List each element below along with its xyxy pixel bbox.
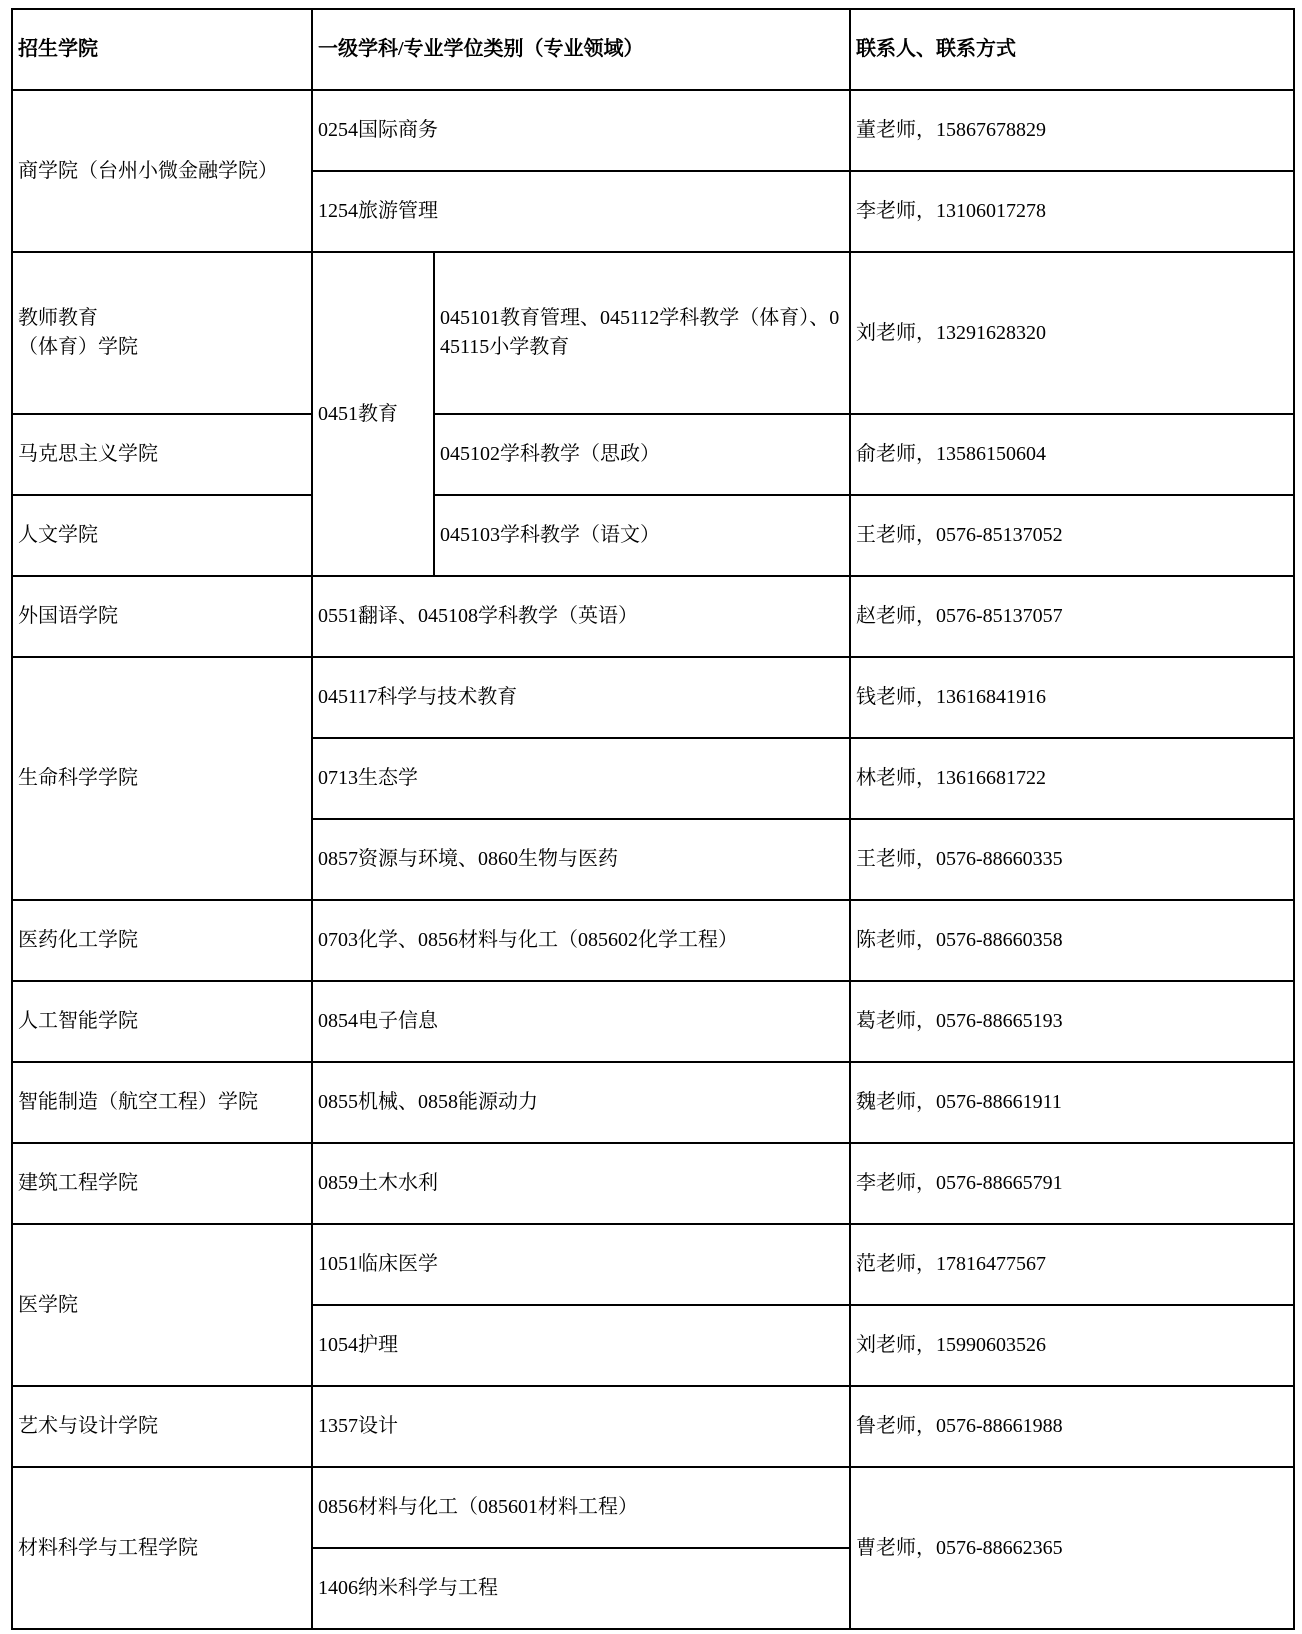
discipline-cell: 0713生态学	[312, 738, 850, 819]
discipline-cell: 045101教育管理、045112学科教学（体育）、045115小学教育	[434, 252, 850, 414]
table-row: 艺术与设计学院 1357设计 鲁老师，0576-88661988	[12, 1386, 1294, 1467]
college-cell: 智能制造（航空工程）学院	[12, 1062, 312, 1143]
table-row: 人文学院 045103学科教学（语文） 王老师，0576-85137052	[12, 495, 1294, 576]
table-row: 商学院（台州小微金融学院） 0254国际商务 董老师，15867678829	[12, 90, 1294, 171]
discipline-cell: 0254国际商务	[312, 90, 850, 171]
college-cell: 人工智能学院	[12, 981, 312, 1062]
table-row: 马克思主义学院 045102学科教学（思政） 俞老师，13586150604	[12, 414, 1294, 495]
contact-cell: 钱老师，13616841916	[850, 657, 1294, 738]
discipline-cell: 1051临床医学	[312, 1224, 850, 1305]
contact-cell: 俞老师，13586150604	[850, 414, 1294, 495]
contact-cell: 董老师，15867678829	[850, 90, 1294, 171]
college-cell: 艺术与设计学院	[12, 1386, 312, 1467]
discipline-cell: 0703化学、0856材料与化工（085602化学工程）	[312, 900, 850, 981]
college-cell: 建筑工程学院	[12, 1143, 312, 1224]
admissions-contact-table: 招生学院 一级学科/专业学位类别（专业领域） 联系人、联系方式 商学院（台州小微…	[11, 8, 1295, 1630]
header-discipline: 一级学科/专业学位类别（专业领域）	[312, 9, 850, 90]
discipline-cell: 0855机械、0858能源动力	[312, 1062, 850, 1143]
discipline-cell: 1054护理	[312, 1305, 850, 1386]
contact-cell: 林老师，13616681722	[850, 738, 1294, 819]
contact-cell: 范老师，17816477567	[850, 1224, 1294, 1305]
contact-cell: 刘老师，13291628320	[850, 252, 1294, 414]
discipline-cell: 1357设计	[312, 1386, 850, 1467]
contact-cell: 魏老师，0576-88661911	[850, 1062, 1294, 1143]
college-cell: 教师教育 （体育）学院	[12, 252, 312, 414]
table-row: 材料科学与工程学院 0856材料与化工（085601材料工程） 曹老师，0576…	[12, 1467, 1294, 1548]
header-contact: 联系人、联系方式	[850, 9, 1294, 90]
contact-cell: 鲁老师，0576-88661988	[850, 1386, 1294, 1467]
college-cell: 马克思主义学院	[12, 414, 312, 495]
table-row: 外国语学院 0551翻译、045108学科教学（英语） 赵老师，0576-851…	[12, 576, 1294, 657]
contact-cell: 李老师，0576-88665791	[850, 1143, 1294, 1224]
discipline-cell: 0857资源与环境、0860生物与医药	[312, 819, 850, 900]
table-row: 建筑工程学院 0859土木水利 李老师，0576-88665791	[12, 1143, 1294, 1224]
contact-cell: 王老师，0576-85137052	[850, 495, 1294, 576]
discipline-group-cell: 0451教育	[312, 252, 434, 576]
contact-cell: 李老师，13106017278	[850, 171, 1294, 252]
contact-cell: 刘老师，15990603526	[850, 1305, 1294, 1386]
table-header-row: 招生学院 一级学科/专业学位类别（专业领域） 联系人、联系方式	[12, 9, 1294, 90]
discipline-cell: 1406纳米科学与工程	[312, 1548, 850, 1629]
contact-cell: 曹老师，0576-88662365	[850, 1467, 1294, 1629]
discipline-cell: 045103学科教学（语文）	[434, 495, 850, 576]
college-cell: 医学院	[12, 1224, 312, 1386]
table-row: 医学院 1051临床医学 范老师，17816477567	[12, 1224, 1294, 1305]
college-cell: 人文学院	[12, 495, 312, 576]
table-row: 智能制造（航空工程）学院 0855机械、0858能源动力 魏老师，0576-88…	[12, 1062, 1294, 1143]
discipline-cell: 0859土木水利	[312, 1143, 850, 1224]
discipline-cell: 1254旅游管理	[312, 171, 850, 252]
college-cell: 医药化工学院	[12, 900, 312, 981]
college-cell: 外国语学院	[12, 576, 312, 657]
discipline-cell: 0856材料与化工（085601材料工程）	[312, 1467, 850, 1548]
contact-cell: 王老师，0576-88660335	[850, 819, 1294, 900]
discipline-cell: 045102学科教学（思政）	[434, 414, 850, 495]
college-cell: 商学院（台州小微金融学院）	[12, 90, 312, 252]
college-cell: 生命科学学院	[12, 657, 312, 900]
table-row: 人工智能学院 0854电子信息 葛老师，0576-88665193	[12, 981, 1294, 1062]
table-row: 生命科学学院 045117科学与技术教育 钱老师，13616841916	[12, 657, 1294, 738]
contact-cell: 赵老师，0576-85137057	[850, 576, 1294, 657]
discipline-cell: 0551翻译、045108学科教学（英语）	[312, 576, 850, 657]
contact-cell: 陈老师，0576-88660358	[850, 900, 1294, 981]
header-college: 招生学院	[12, 9, 312, 90]
discipline-cell: 0854电子信息	[312, 981, 850, 1062]
college-cell: 材料科学与工程学院	[12, 1467, 312, 1629]
table-row: 医药化工学院 0703化学、0856材料与化工（085602化学工程） 陈老师，…	[12, 900, 1294, 981]
discipline-cell: 045117科学与技术教育	[312, 657, 850, 738]
table-row: 教师教育 （体育）学院 0451教育 045101教育管理、045112学科教学…	[12, 252, 1294, 414]
contact-cell: 葛老师，0576-88665193	[850, 981, 1294, 1062]
